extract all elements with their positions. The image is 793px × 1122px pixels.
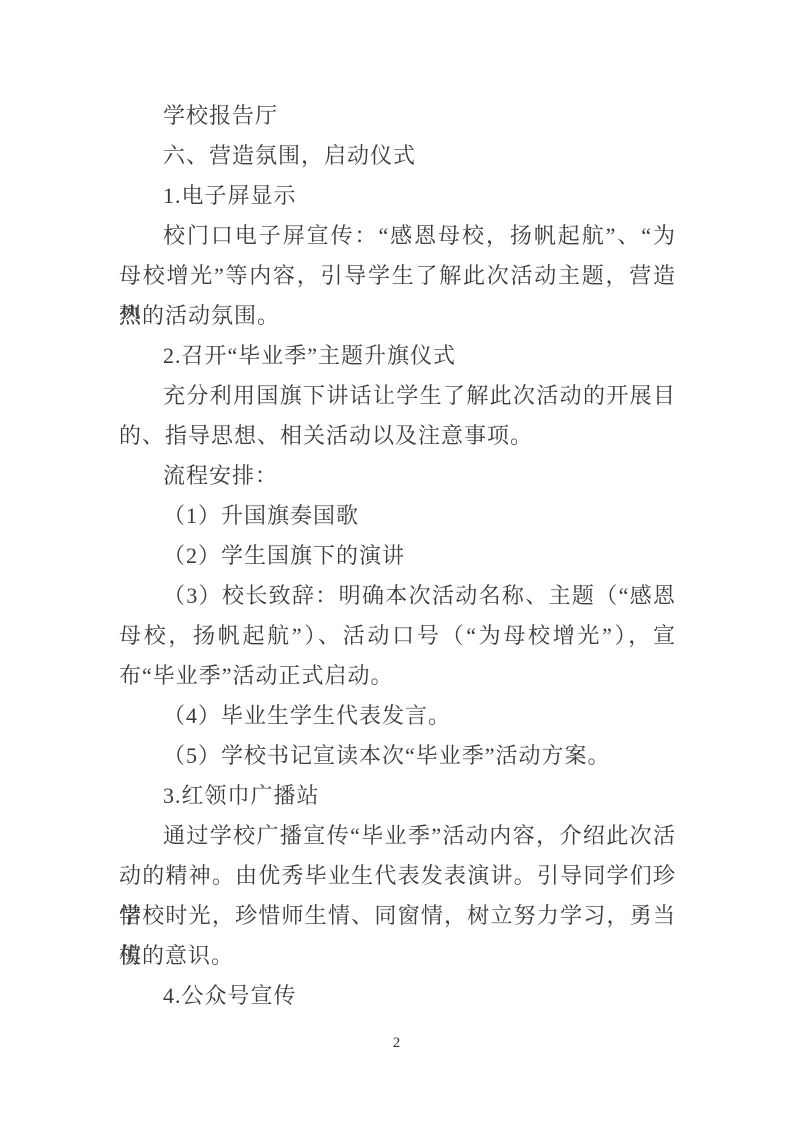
text-line: 布“毕业季”活动正式启动。 — [119, 656, 676, 696]
subsection-heading: 2.召开“毕业季”主题升旗仪式 — [119, 336, 676, 376]
document-page: 学校报告厅 六、营造氛围，启动仪式 1.电子屏显示 校门口电子屏宣传：“感恩母校… — [0, 0, 793, 1122]
text-line: 学校时光，珍惜师生情、同窗情，树立努力学习，勇当模 — [119, 896, 676, 936]
text-line: 仿的意识。 — [119, 936, 676, 976]
subsection-heading: 3.红领巾广播站 — [119, 776, 676, 816]
text-line: 流程安排： — [119, 456, 676, 496]
list-item: （3）校长致辞：明确本次活动名称、主题（“感恩 — [119, 576, 676, 616]
subsection-heading: 4.公众号宣传 — [119, 976, 676, 1016]
text-line: 母校增光”等内容，引导学生了解此次活动主题，营造热 — [119, 256, 676, 296]
list-item: （4）毕业生学生代表发言。 — [119, 696, 676, 736]
text-line: 校门口电子屏宣传：“感恩母校，扬帆起航”、“为 — [119, 216, 676, 256]
text-line: 母校，扬帆起航”）、活动口号（“为母校增光”），宣 — [119, 616, 676, 656]
document-body: 学校报告厅 六、营造氛围，启动仪式 1.电子屏显示 校门口电子屏宣传：“感恩母校… — [119, 96, 676, 1016]
list-item: （5）学校书记宣读本次“毕业季”活动方案。 — [119, 736, 676, 776]
text-line: 充分利用国旗下讲话让学生了解此次活动的开展目 — [119, 376, 676, 416]
text-line: 的、指导思想、相关活动以及注意事项。 — [119, 416, 676, 456]
section-heading: 六、营造氛围，启动仪式 — [119, 136, 676, 176]
list-item: （1）升国旗奏国歌 — [119, 496, 676, 536]
text-line: 烈的活动氛围。 — [119, 296, 676, 336]
subsection-heading: 1.电子屏显示 — [119, 176, 676, 216]
list-item: （2）学生国旗下的演讲 — [119, 536, 676, 576]
text-line: 动的精神。由优秀毕业生代表发表演讲。引导同学们珍惜 — [119, 856, 676, 896]
text-line: 通过学校广播宣传“毕业季”活动内容，介绍此次活 — [119, 816, 676, 856]
text-line: 学校报告厅 — [119, 96, 676, 136]
page-number: 2 — [0, 1032, 793, 1054]
